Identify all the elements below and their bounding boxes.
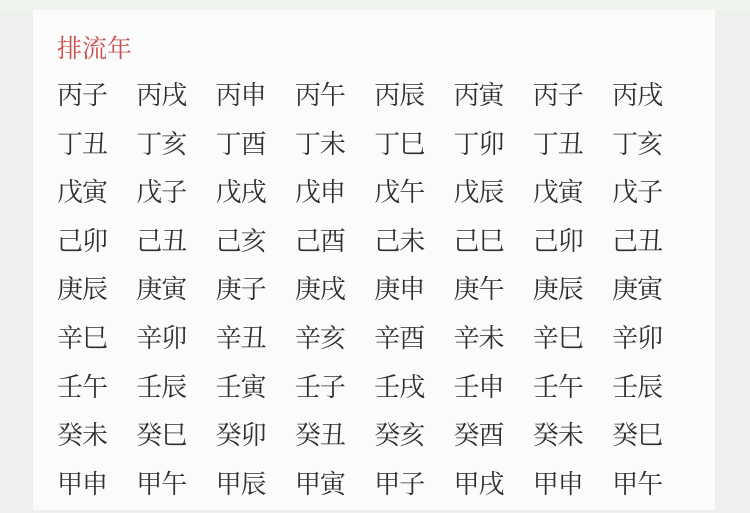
ganzhi-cell: 壬子 — [295, 368, 374, 417]
ganzhi-cell: 丙戌 — [136, 76, 215, 125]
ganzhi-cell: 庚辰 — [533, 270, 612, 319]
ganzhi-cell: 壬申 — [453, 368, 532, 417]
ganzhi-cell: 己卯 — [57, 222, 136, 271]
ganzhi-cell: 癸亥 — [374, 416, 453, 465]
ganzhi-cell: 癸卯 — [216, 416, 295, 465]
ganzhi-cell: 戊戌 — [216, 173, 295, 222]
ganzhi-cell: 壬辰 — [612, 368, 691, 417]
ganzhi-cell: 庚申 — [374, 270, 453, 319]
content-card: 排流年 丙子丙戌丙申丙午丙辰丙寅丙子丙戌丁丑丁亥丁酉丁未丁巳丁卯丁丑丁亥戊寅戊子… — [33, 10, 715, 500]
ganzhi-cell: 庚戌 — [295, 270, 374, 319]
ganzhi-cell: 癸巳 — [136, 416, 215, 465]
ganzhi-cell: 壬午 — [57, 368, 136, 417]
ganzhi-cell: 己卯 — [533, 222, 612, 271]
ganzhi-cell: 辛未 — [453, 319, 532, 368]
ganzhi-cell: 丁未 — [295, 125, 374, 174]
ganzhi-cell: 甲申 — [533, 465, 612, 500]
ganzhi-cell: 己丑 — [136, 222, 215, 271]
ganzhi-cell: 癸丑 — [295, 416, 374, 465]
ganzhi-cell: 辛巳 — [533, 319, 612, 368]
ganzhi-cell: 己丑 — [612, 222, 691, 271]
ganzhi-cell: 壬午 — [533, 368, 612, 417]
ganzhi-cell: 甲子 — [374, 465, 453, 500]
ganzhi-cell: 癸巳 — [612, 416, 691, 465]
ganzhi-cell: 辛酉 — [374, 319, 453, 368]
ganzhi-cell: 甲午 — [136, 465, 215, 500]
ganzhi-cell: 己酉 — [295, 222, 374, 271]
ganzhi-cell: 癸未 — [533, 416, 612, 465]
ganzhi-cell: 丙子 — [57, 76, 136, 125]
ganzhi-cell: 丁亥 — [136, 125, 215, 174]
ganzhi-cell: 己亥 — [216, 222, 295, 271]
ganzhi-cell: 丙戌 — [612, 76, 691, 125]
ganzhi-cell: 甲戌 — [453, 465, 532, 500]
ganzhi-cell: 庚辰 — [57, 270, 136, 319]
ganzhi-cell: 己未 — [374, 222, 453, 271]
ganzhi-cell: 庚寅 — [612, 270, 691, 319]
ganzhi-cell: 癸酉 — [453, 416, 532, 465]
ganzhi-cell: 戊辰 — [453, 173, 532, 222]
ganzhi-cell: 壬辰 — [136, 368, 215, 417]
ganzhi-cell: 丁丑 — [533, 125, 612, 174]
ganzhi-cell: 壬寅 — [216, 368, 295, 417]
liunian-grid: 丙子丙戌丙申丙午丙辰丙寅丙子丙戌丁丑丁亥丁酉丁未丁巳丁卯丁丑丁亥戊寅戊子戊戌戊申… — [57, 76, 697, 500]
ganzhi-cell: 辛丑 — [216, 319, 295, 368]
ganzhi-cell: 丁丑 — [57, 125, 136, 174]
ganzhi-cell: 丙辰 — [374, 76, 453, 125]
ganzhi-cell: 丙申 — [216, 76, 295, 125]
ganzhi-cell: 丙午 — [295, 76, 374, 125]
ganzhi-cell: 庚子 — [216, 270, 295, 319]
ganzhi-cell: 壬戌 — [374, 368, 453, 417]
ganzhi-cell: 癸未 — [57, 416, 136, 465]
ganzhi-cell: 己巳 — [453, 222, 532, 271]
ganzhi-cell: 丁亥 — [612, 125, 691, 174]
ganzhi-cell: 甲申 — [57, 465, 136, 500]
ganzhi-cell: 戊寅 — [533, 173, 612, 222]
ganzhi-cell: 庚午 — [453, 270, 532, 319]
ganzhi-cell: 丁酉 — [216, 125, 295, 174]
ganzhi-cell: 戊申 — [295, 173, 374, 222]
ganzhi-cell: 戊午 — [374, 173, 453, 222]
ganzhi-cell: 丙寅 — [453, 76, 532, 125]
ganzhi-cell: 甲辰 — [216, 465, 295, 500]
ganzhi-cell: 戊子 — [612, 173, 691, 222]
ganzhi-cell: 辛巳 — [57, 319, 136, 368]
ganzhi-cell: 庚寅 — [136, 270, 215, 319]
ganzhi-cell: 辛卯 — [136, 319, 215, 368]
ganzhi-cell: 甲午 — [612, 465, 691, 500]
ganzhi-cell: 丁巳 — [374, 125, 453, 174]
ganzhi-cell: 甲寅 — [295, 465, 374, 500]
ganzhi-cell: 辛亥 — [295, 319, 374, 368]
ganzhi-cell: 辛卯 — [612, 319, 691, 368]
ganzhi-cell: 戊子 — [136, 173, 215, 222]
ganzhi-cell: 丙子 — [533, 76, 612, 125]
ganzhi-cell: 戊寅 — [57, 173, 136, 222]
section-title: 排流年 — [57, 34, 132, 64]
ganzhi-cell: 丁卯 — [453, 125, 532, 174]
